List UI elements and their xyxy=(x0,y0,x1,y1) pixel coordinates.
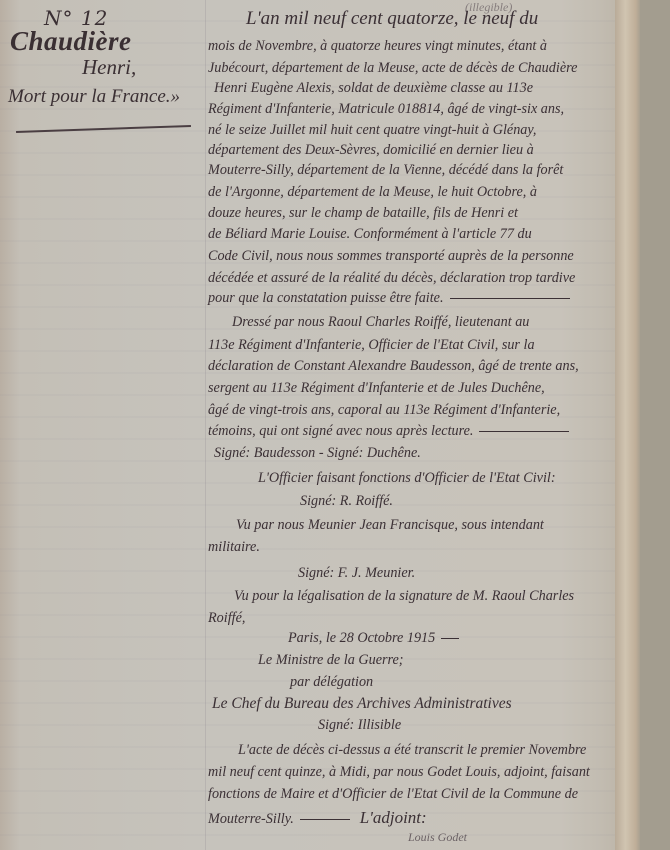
transcription-line: mil neuf cent quinze, à Midi, par nous G… xyxy=(208,764,590,781)
bureau-chief: Le Chef du Bureau des Archives Administr… xyxy=(212,695,512,713)
body-line: douze heures, sur le champ de bataille, … xyxy=(208,205,518,222)
end-dash xyxy=(300,819,350,820)
adjoint-label: L'adjoint: xyxy=(360,808,427,827)
transcription-line: fonctions de Maire et d'Officier de l'Et… xyxy=(208,786,578,803)
body-line: Régiment d'Infanterie, Matricule 018814,… xyxy=(208,101,564,118)
seen-by-line: militaire. xyxy=(208,539,260,556)
minister: Le Ministre de la Guerre; xyxy=(258,652,404,669)
scan-background xyxy=(641,0,670,850)
transcription-line-text: Mouterre-Silly. xyxy=(208,811,294,827)
body-line-text: pour que la constatation puisse être fai… xyxy=(208,290,444,306)
legalisation-line: Vu pour la légalisation de la signature … xyxy=(234,588,574,605)
body-line: département des Deux-Sèvres, domicilié e… xyxy=(208,142,534,159)
transcription-line: L'acte de décès ci-dessus a été transcri… xyxy=(238,742,586,759)
mort-pour-la-france-mention: Mort pour la France.» xyxy=(8,86,180,108)
officer-title: L'Officier faisant fonctions d'Officier … xyxy=(258,470,556,487)
officer-signature: Signé: R. Roiffé. xyxy=(300,493,393,510)
body-line: Mouterre-Silly, département de la Vienne… xyxy=(208,162,563,179)
body-line: mois de Novembre, à quatorze heures ving… xyxy=(208,38,547,55)
body-line: pour que la constatation puisse être fai… xyxy=(208,290,570,307)
drafted-line: Dressé par nous Raoul Charles Roiffé, li… xyxy=(232,314,529,331)
body-line: Jubécourt, département de la Meuse, acte… xyxy=(208,60,577,77)
register-page: N° 12 Chaudière Henri, Mort pour la Fran… xyxy=(0,0,640,850)
drafted-line: sergent au 113e Régiment d'Infanterie et… xyxy=(208,380,545,397)
page-gutter xyxy=(615,0,640,850)
bureau-signature: Signé: Illisible xyxy=(318,717,401,734)
end-dash xyxy=(450,298,570,299)
body-line: de l'Argonne, département de la Meuse, l… xyxy=(208,184,537,201)
adjoint-signature: Louis Godet xyxy=(408,830,467,845)
seen-signature: Signé: F. J. Meunier. xyxy=(298,565,415,582)
seen-by-line: Vu par nous Meunier Jean Francisque, sou… xyxy=(236,517,544,534)
drafted-line: témoins, qui ont signé avec nous après l… xyxy=(208,423,569,440)
margin-rule xyxy=(205,0,206,850)
body-line: L'an mil neuf cent quatorze, le neuf du xyxy=(246,8,538,30)
delegation: par délégation xyxy=(290,674,373,691)
witness-signatures: Signé: Baudesson - Signé: Duchêne. xyxy=(214,445,421,462)
legalisation-line: Roiffé, xyxy=(208,610,245,627)
drafted-line: déclaration de Constant Alexandre Baudes… xyxy=(208,358,579,375)
drafted-line: 113e Régiment d'Infanterie, Officier de … xyxy=(208,337,535,354)
drafted-line: âgé de vingt-trois ans, caporal au 113e … xyxy=(208,402,560,419)
body-line: Code Civil, nous nous sommes transporté … xyxy=(208,248,574,265)
given-name: Henri, xyxy=(82,55,136,80)
body-line: né le seize Juillet mil huit cent quatre… xyxy=(208,122,536,139)
place-date-text: Paris, le 28 Octobre 1915 xyxy=(288,630,435,646)
body-line: de Béliard Marie Louise. Conformément à … xyxy=(208,226,532,243)
surname: Chaudière xyxy=(10,26,132,57)
transcription-line: Mouterre-Silly.L'adjoint: xyxy=(208,808,427,828)
place-date: Paris, le 28 Octobre 1915 xyxy=(288,630,459,647)
body-line: décédée et assuré de la réalité du décès… xyxy=(208,270,575,287)
drafted-line-text: témoins, qui ont signé avec nous après l… xyxy=(208,423,473,439)
underline xyxy=(441,638,459,639)
body-line: Henri Eugène Alexis, soldat de deuxième … xyxy=(214,80,533,97)
end-dash xyxy=(479,431,569,432)
